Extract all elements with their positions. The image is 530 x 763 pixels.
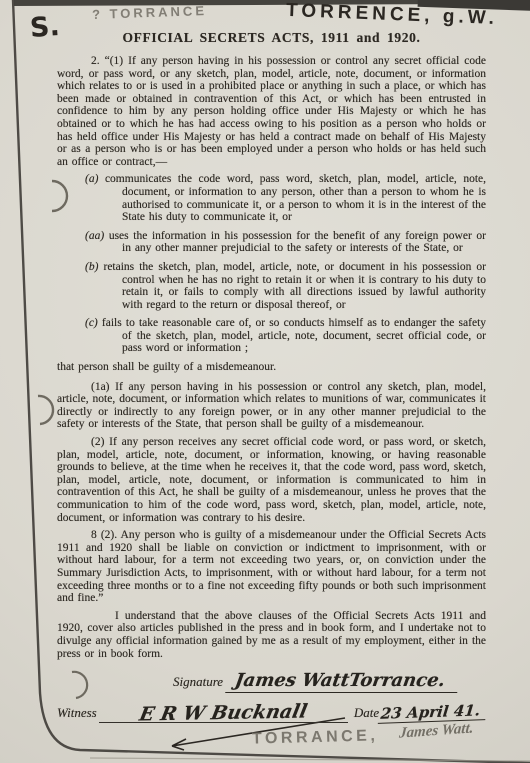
date-label: Date bbox=[354, 705, 379, 721]
clause-aa-text: uses the information in his possession f… bbox=[109, 230, 486, 255]
clause-c: (c) fails to take reasonable care of, or… bbox=[85, 317, 486, 355]
document-content: OFFICIAL SECRETS ACTS, 1911 and 1920. 2.… bbox=[0, 0, 530, 723]
witness-handwritten: E R W Bucknall bbox=[138, 701, 310, 726]
paper-page: S. ? TORRANCE TORRENCE, g.W. OFFICIAL SE… bbox=[0, 0, 530, 763]
document-photo: S. ? TORRANCE TORRENCE, g.W. OFFICIAL SE… bbox=[0, 0, 530, 763]
witness-line: E R W Bucknall bbox=[99, 700, 348, 723]
handwritten-forename-bottom: James Watt. bbox=[398, 720, 473, 742]
guilty-line: that person shall be guilty of a misdeme… bbox=[57, 361, 486, 374]
under-sheet-edge bbox=[90, 758, 530, 761]
paragraph-8-2: 8 (2). Any person who is guilty of a mis… bbox=[57, 529, 486, 605]
signature-row: SignatureJames WattTorrance. bbox=[173, 670, 486, 693]
clause-a-marker: (a) bbox=[85, 173, 98, 185]
signature-handwritten: James WattTorrance. bbox=[225, 670, 460, 693]
clause-b-marker: (b) bbox=[85, 261, 98, 273]
document-title: OFFICIAL SECRETS ACTS, 1911 and 1920. bbox=[57, 30, 486, 46]
clause-a-text: communicates the code word, pass word, s… bbox=[105, 173, 486, 223]
handwritten-surname-bottom: TORRANCE, bbox=[252, 727, 379, 748]
paragraph-1a: (1a) If any person having in his possess… bbox=[57, 381, 486, 431]
paragraph-2: (2) If any person receives any secret of… bbox=[57, 436, 486, 524]
clause-c-text: fails to take reasonable care of, or so … bbox=[102, 317, 486, 354]
witness-label: Witness bbox=[57, 705, 97, 721]
clause-aa: (aa) uses the information in his possess… bbox=[85, 230, 486, 255]
clause-b-text: retains the sketch, plan, model, article… bbox=[104, 261, 487, 311]
signature-label: Signature bbox=[173, 674, 223, 689]
clause-aa-marker: (aa) bbox=[85, 230, 104, 242]
paragraph-section-2-subsection-1: 2. “(1) If any person having in his poss… bbox=[57, 55, 486, 168]
clause-a: (a) communicates the code word, pass wor… bbox=[85, 173, 486, 223]
paragraph-undertaking: I understand that the above clauses of t… bbox=[57, 610, 486, 660]
witness-row: Witness E R W Bucknall Date 23 April 41. bbox=[57, 700, 486, 723]
clause-c-marker: (c) bbox=[85, 317, 98, 329]
clause-b: (b) retains the sketch, plan, model, art… bbox=[85, 261, 486, 311]
